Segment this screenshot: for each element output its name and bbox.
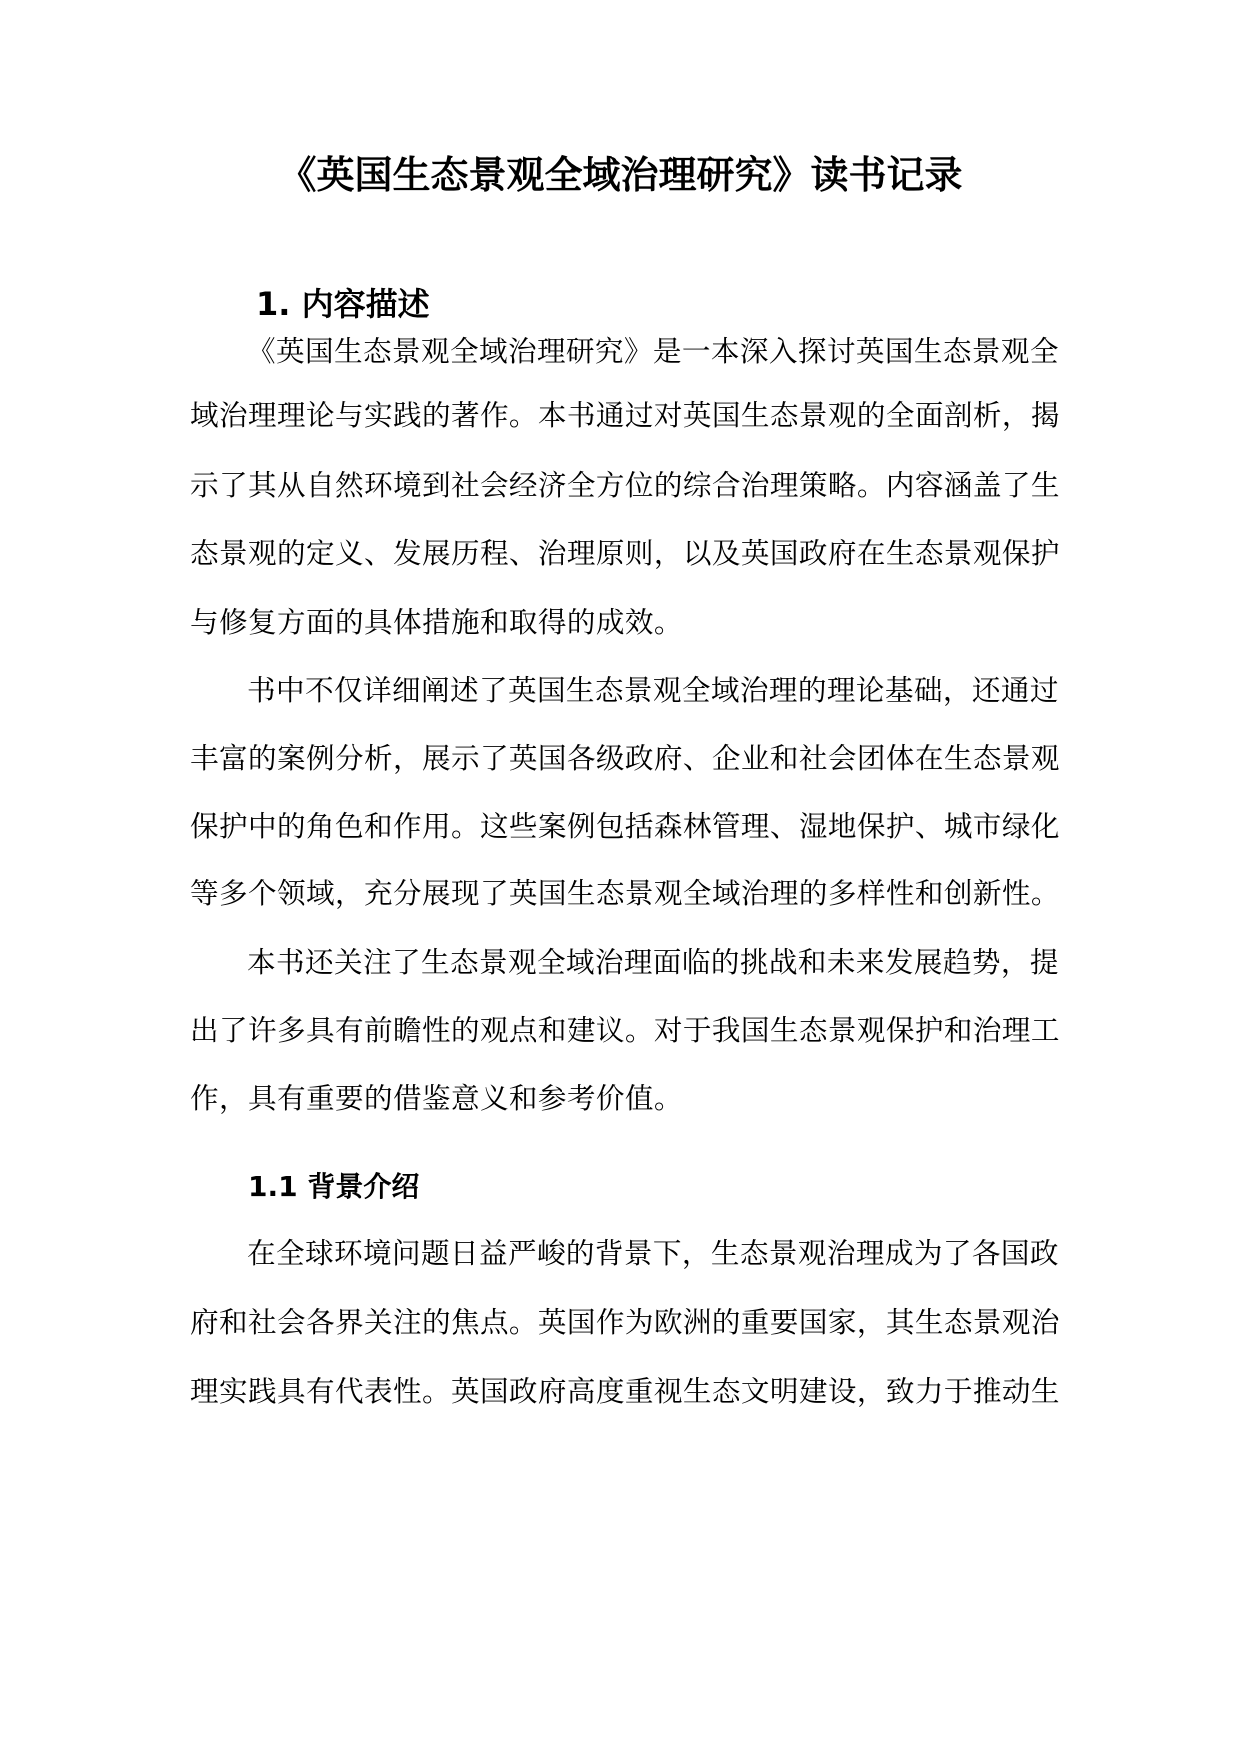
text-line: 与修复方面的具体措施和取得的成效。 xyxy=(190,602,1060,642)
text-line: 《英国生态景观全域治理研究》是一本深入探讨英国生态景观全 xyxy=(247,331,1060,371)
section-heading-background: 1.1 背景介绍 xyxy=(248,1167,419,1207)
text-line: 在全球环境问题日益严峻的背景下，生态景观治理成为了各国政 xyxy=(247,1233,1060,1273)
section-heading-content-description: 1. 内容描述 xyxy=(256,282,430,326)
text-line: 出了许多具有前瞻性的观点和建议。对于我国生态景观保护和治理工 xyxy=(190,1010,1060,1050)
text-line: 理实践具有代表性。英国政府高度重视生态文明建设，致力于推动生 xyxy=(190,1371,1060,1411)
text-line: 府和社会各界关注的焦点。英国作为欧洲的重要国家，其生态景观治 xyxy=(190,1302,1060,1342)
text-line: 作，具有重要的借鉴意义和参考价值。 xyxy=(190,1078,1060,1118)
text-line: 本书还关注了生态景观全域治理面临的挑战和未来发展趋势，提 xyxy=(247,942,1060,982)
text-line: 态景观的定义、发展历程、治理原则，以及英国政府在生态景观保护 xyxy=(190,533,1060,573)
text-line: 示了其从自然环境到社会经济全方位的综合治理策略。内容涵盖了生 xyxy=(190,465,1060,505)
text-line: 域治理理论与实践的著作。本书通过对英国生态景观的全面剖析，揭 xyxy=(190,395,1060,435)
text-line: 丰富的案例分析，展示了英国各级政府、企业和社会团体在生态景观 xyxy=(190,738,1060,778)
text-line: 保护中的角色和作用。这些案例包括森林管理、湿地保护、城市绿化 xyxy=(190,806,1060,846)
text-line: 书中不仅详细阐述了英国生态景观全域治理的理论基础，还通过 xyxy=(247,670,1060,710)
document-title: 《英国生态景观全域治理研究》读书记录 xyxy=(0,150,1241,200)
text-line: 等多个领域，充分展现了英国生态景观全域治理的多样性和创新性。 xyxy=(190,873,1060,913)
